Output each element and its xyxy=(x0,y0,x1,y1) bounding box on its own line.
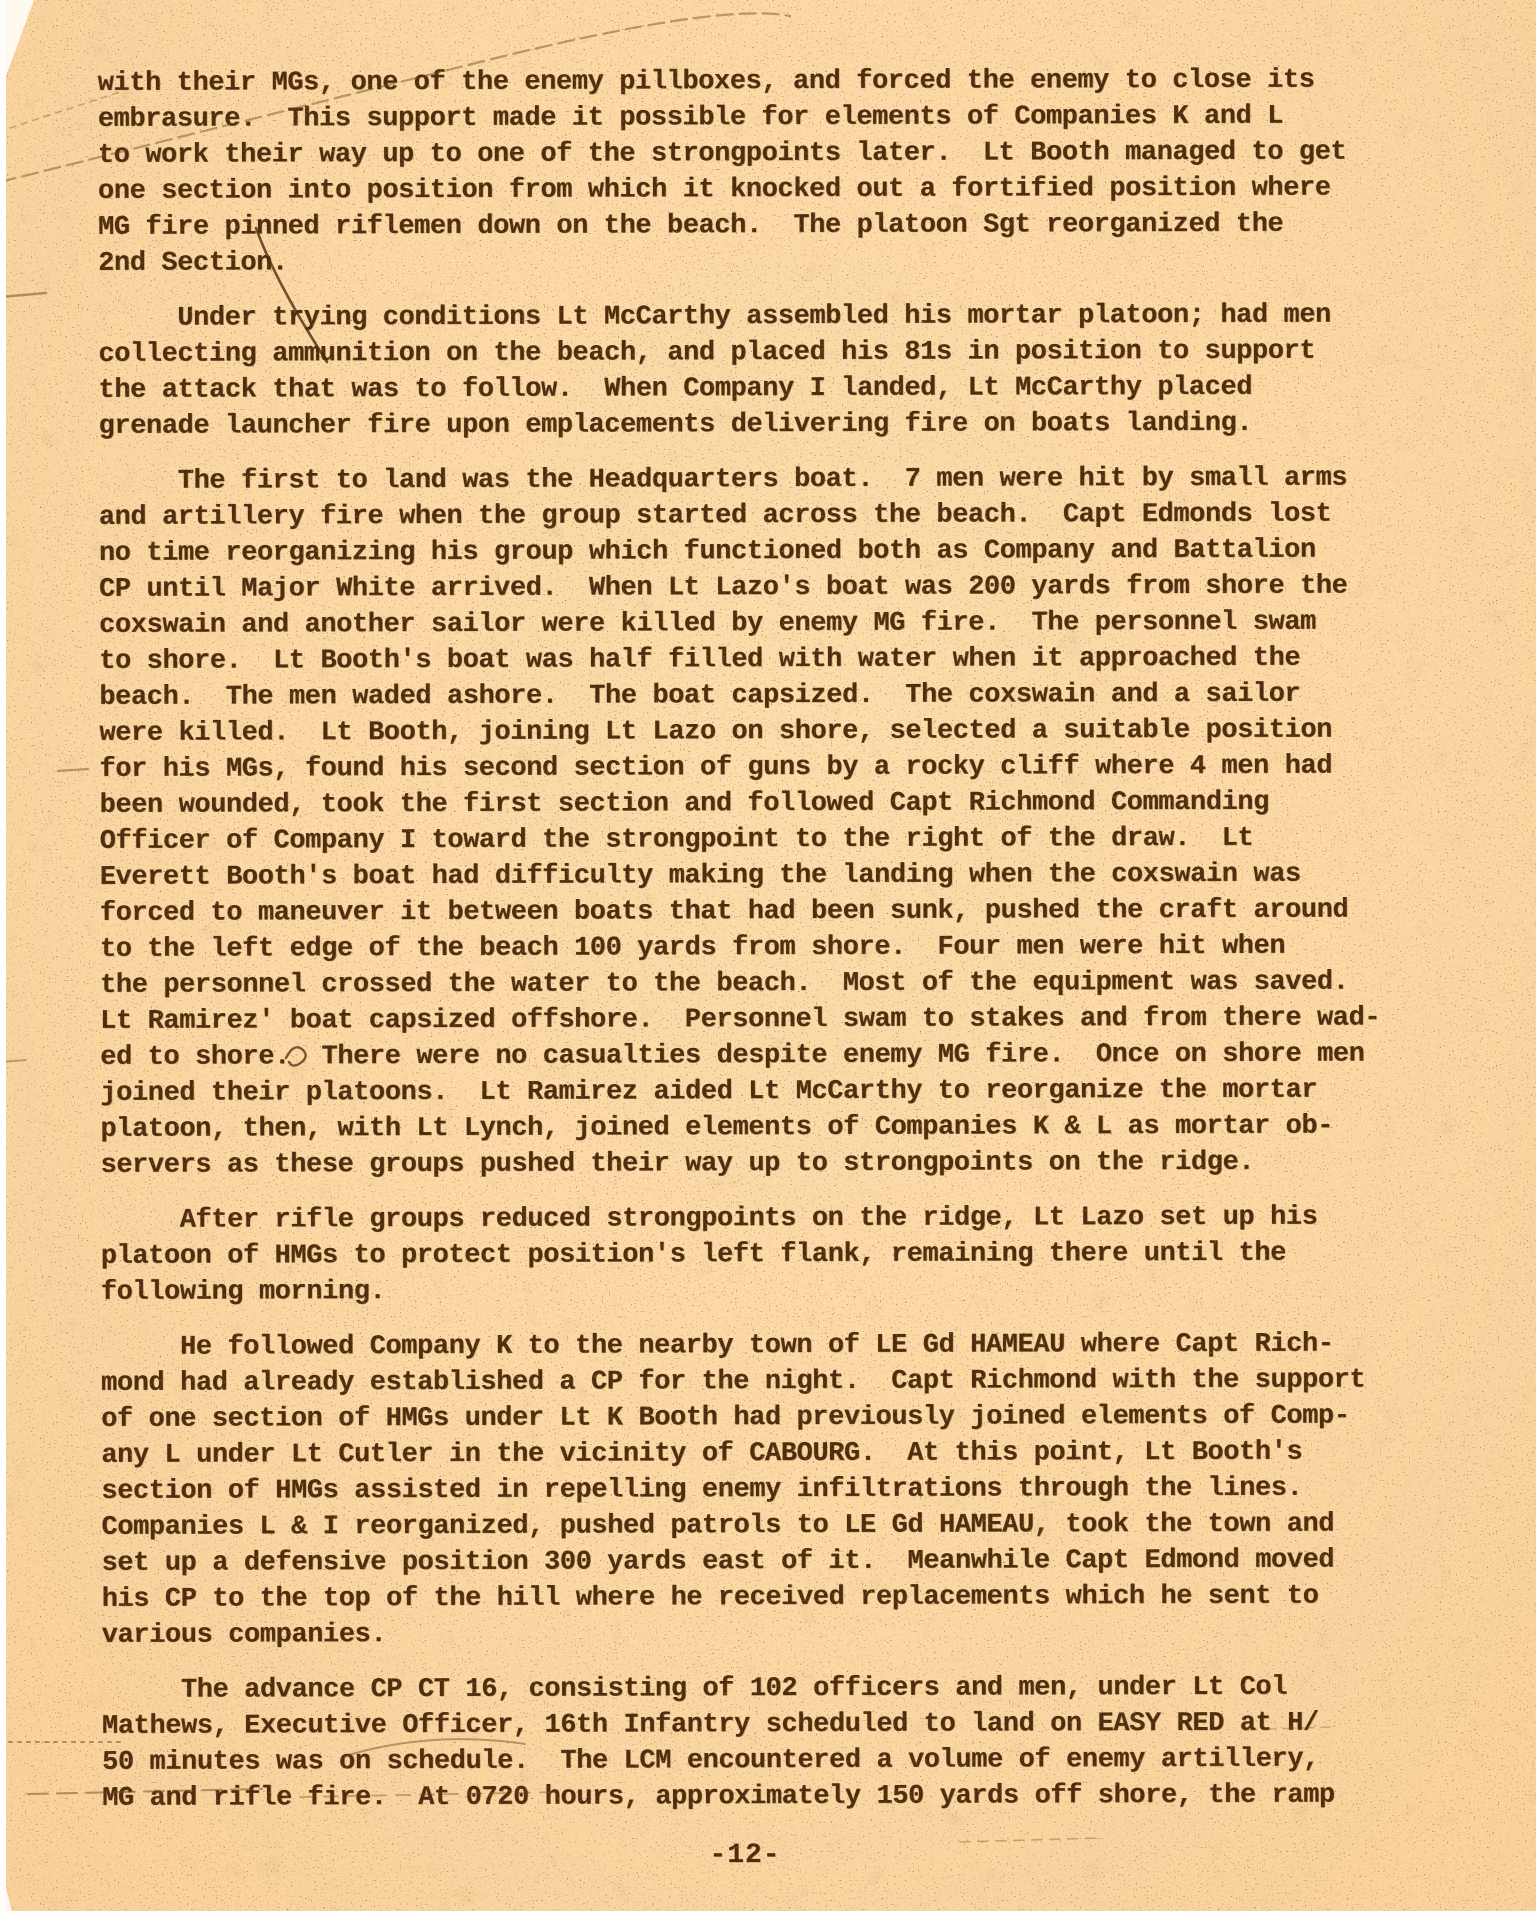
text-line: MG and rifle fire. At 0720 hours, approx… xyxy=(102,1777,1498,1817)
text-line: 2nd Section. xyxy=(98,242,1494,282)
text-line: CP until Major White arrived. When Lt La… xyxy=(99,568,1495,608)
text-line: mond had already established a CP for th… xyxy=(101,1362,1497,1402)
document-page: with their MGs, one of the enemy pillbox… xyxy=(0,0,1536,1911)
text-line: were killed. Lt Booth, joining Lt Lazo o… xyxy=(99,712,1495,752)
text-line: various companies. xyxy=(102,1614,1498,1654)
paper-corner xyxy=(0,1865,12,1911)
text-line: forced to maneuver it between boats that… xyxy=(100,892,1496,932)
text-line: to shore. Lt Booth's boat was half fille… xyxy=(99,640,1495,680)
text-line: platoon of HMGs to protect position's le… xyxy=(101,1235,1497,1275)
text-line: coxswain and another sailor were killed … xyxy=(99,604,1495,644)
text-line: MG fire pinned riflemen down on the beac… xyxy=(98,206,1494,246)
text-line: with their MGs, one of the enemy pillbox… xyxy=(98,62,1494,102)
text-line: for his MGs, found his second section of… xyxy=(99,748,1495,788)
text-line: one section into position from which it … xyxy=(98,170,1494,210)
text-line: Companies L & I reorganized, pushed patr… xyxy=(101,1506,1497,1546)
text-line: beach. The men waded ashore. The boat ca… xyxy=(99,676,1495,716)
scanner-edge xyxy=(0,0,6,1911)
paper-corner xyxy=(0,0,34,92)
text-line: servers as these groups pushed their way… xyxy=(101,1144,1497,1184)
text-line: the attack that was to follow. When Comp… xyxy=(98,369,1494,409)
paragraph: with their MGs, one of the enemy pillbox… xyxy=(98,62,1495,282)
text-line: Everett Booth's boat had difficulty maki… xyxy=(100,856,1496,896)
text-line: collecting ammunition on the beach, and … xyxy=(98,333,1494,373)
text-line: Lt Ramirez' boat capsized offshore. Pers… xyxy=(100,1000,1496,1040)
text-line: platoon, then, with Lt Lynch, joined ele… xyxy=(100,1108,1496,1148)
text-line: Mathews, Executive Officer, 16th Infantr… xyxy=(102,1705,1498,1745)
text-line: the personnel crossed the water to the b… xyxy=(100,964,1496,1004)
text-line: grenade launcher fire upon emplacements … xyxy=(99,405,1495,445)
text-line: his CP to the top of the hill where he r… xyxy=(102,1578,1498,1618)
text-line: no time reorganizing his group which fun… xyxy=(99,532,1495,572)
paragraph: The advance CP CT 16, consisting of 102 … xyxy=(102,1669,1498,1817)
text-line: The advance CP CT 16, consisting of 102 … xyxy=(102,1669,1498,1709)
text-line: 50 minutes was on schedule. The LCM enco… xyxy=(102,1741,1498,1781)
text-line: embrasure. This support made it possible… xyxy=(98,98,1494,138)
text-block: with their MGs, one of the enemy pillbox… xyxy=(98,62,1499,1836)
text-line: of one section of HMGs under Lt K Booth … xyxy=(101,1398,1497,1438)
text-line: and artillery fire when the group starte… xyxy=(99,496,1495,536)
text-line: been wounded, took the first section and… xyxy=(100,784,1496,824)
text-line: joined their platoons. Lt Ramirez aided … xyxy=(100,1072,1496,1112)
paragraph: He followed Company K to the nearby town… xyxy=(101,1326,1498,1654)
paragraph: Under trying conditions Lt McCarthy asse… xyxy=(98,297,1494,445)
text-line: The first to land was the Headquarters b… xyxy=(99,460,1495,500)
text-line: any L under Lt Cutler in the vicinity of… xyxy=(101,1434,1497,1474)
text-line: Officer of Company I toward the strongpo… xyxy=(100,820,1496,860)
text-line: He followed Company K to the nearby town… xyxy=(101,1326,1497,1366)
text-line: to the left edge of the beach 100 yards … xyxy=(100,928,1496,968)
text-line: to work their way up to one of the stron… xyxy=(98,134,1494,174)
text-line: Under trying conditions Lt McCarthy asse… xyxy=(98,297,1494,337)
text-line: ed to shore. There were no casualties de… xyxy=(100,1036,1496,1076)
text-line: section of HMGs assisted in repelling en… xyxy=(101,1470,1497,1510)
paragraph: After rifle groups reduced strongpoints … xyxy=(101,1199,1497,1311)
smudge-dash xyxy=(58,769,88,771)
text-line: After rifle groups reduced strongpoints … xyxy=(101,1199,1497,1239)
paragraph: The first to land was the Headquarters b… xyxy=(99,460,1497,1184)
page-number: -12- xyxy=(0,1840,1490,1871)
smudge-dash xyxy=(0,293,46,297)
text-line: following morning. xyxy=(101,1271,1497,1311)
text-line: set up a defensive position 300 yards ea… xyxy=(102,1542,1498,1582)
